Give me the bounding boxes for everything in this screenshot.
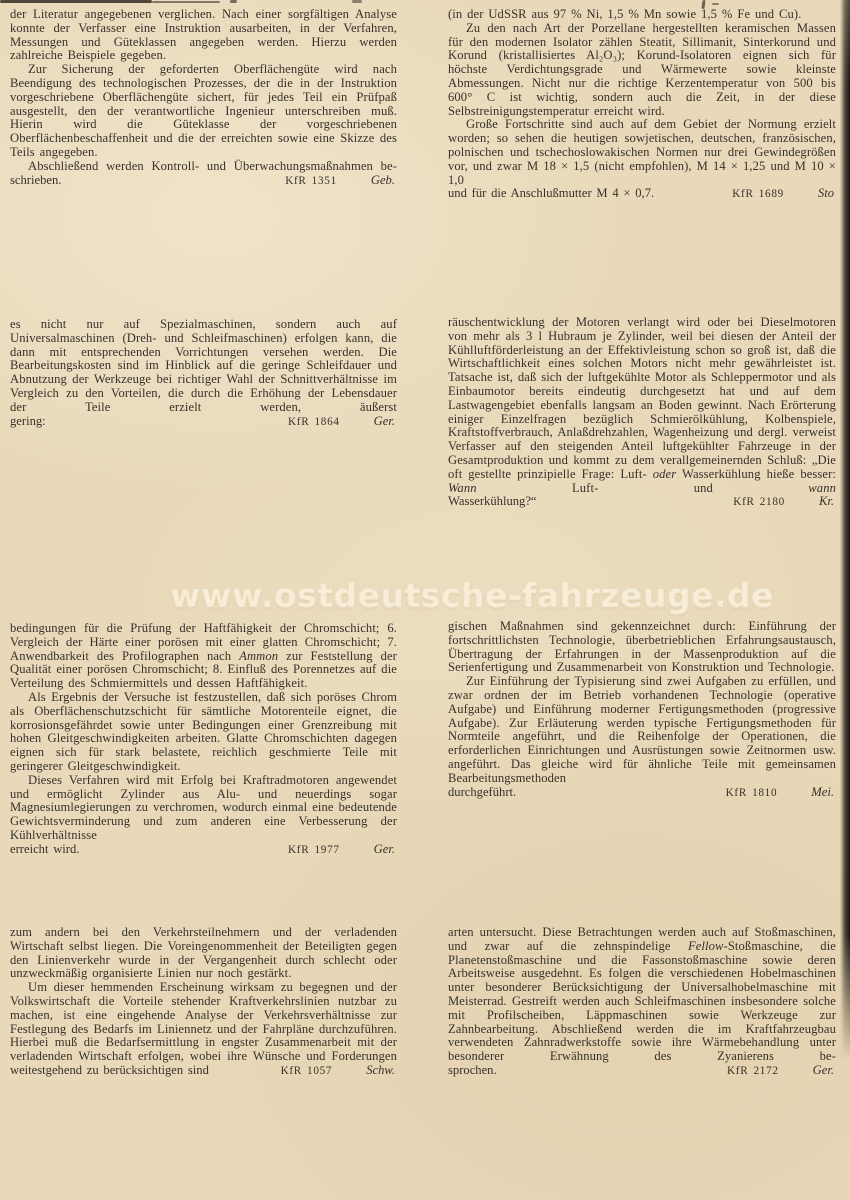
- paragraph: der Literatur angegebenen verglichen. Na…: [10, 8, 397, 63]
- abstract-block: der Literatur angegebenen verglichen. Na…: [10, 8, 397, 188]
- column-right: (in der UdSSR aus 97 % Ni, 1,5 % Mn sowi…: [448, 0, 836, 1200]
- paragraph: gischen Maßnahmen sind gekennzeichnet du…: [448, 620, 836, 675]
- abstract-block: (in der UdSSR aus 97 % Ni, 1,5 % Mn sowi…: [448, 8, 836, 202]
- paragraph: bedingungen für die Prüfung der Haftfähi…: [10, 622, 397, 691]
- reference-line: erreicht wird.KfR 1977Ger.: [10, 843, 397, 858]
- tail-text: sprochen.: [448, 1064, 497, 1078]
- referent-signature: Schw.: [366, 1064, 395, 1078]
- paragraph: Um dieser hemmenden Erscheinung wirksam …: [10, 981, 397, 1064]
- abstract-block: gischen Maßnahmen sind gekennzeichnet du…: [448, 620, 836, 800]
- paragraph: Dieses Verfahren wird mit Erfolg bei Kra…: [10, 774, 397, 843]
- reference-line: sprochen.KfR 2172Ger.: [448, 1064, 836, 1079]
- reference-line: und für die Anschlußmutter M 4 × 0,7.KfR…: [448, 187, 836, 202]
- paragraph: Große Fortschritte sind auch auf dem Geb…: [448, 118, 836, 187]
- referent-signature: Ger.: [374, 415, 395, 429]
- tail-text: erreicht wird.: [10, 843, 79, 857]
- kfr-number: KfR 1977: [288, 844, 340, 858]
- paragraph: zum andern bei den Verkehrsteilnehmern u…: [10, 926, 397, 981]
- referent-signature: Ger.: [374, 843, 395, 857]
- kfr-number: KfR 1057: [281, 1065, 333, 1079]
- paragraph: arten untersucht. Diese Betrachtungen we…: [448, 926, 836, 1064]
- paragraph: Zur Einführung der Typisierung sind zwei…: [448, 675, 836, 785]
- tail-text: Wasserkühlung?“: [448, 495, 537, 509]
- abstract-block: es nicht nur auf Spezialmaschinen, sonde…: [10, 318, 397, 429]
- referent-signature: Ger.: [813, 1064, 834, 1078]
- kfr-number: KfR 1351: [285, 175, 337, 189]
- scanned-journal-page: { "page": { "watermark": "www.ostdeutsch…: [0, 0, 850, 1200]
- tail-text: schrieben.: [10, 174, 61, 188]
- paragraph: Als Ergebnis der Versuche ist festzustel…: [10, 691, 397, 774]
- reference-line: gering:KfR 1864Ger.: [10, 415, 397, 430]
- kfr-number: KfR 1689: [732, 188, 784, 202]
- kfr-number: KfR 2172: [727, 1065, 779, 1079]
- tail-text: und für die Anschlußmutter M 4 × 0,7.: [448, 187, 654, 201]
- tail-text: gering:: [10, 415, 46, 429]
- tail-text: weitestgehend zu berücksichtigen sind: [10, 1064, 209, 1078]
- paragraph: Zur Sicherung der geforderten Oberfläche…: [10, 63, 397, 160]
- reference-line: weitestgehend zu berücksichtigen sindKfR…: [10, 1064, 397, 1079]
- kfr-number: KfR 1864: [288, 416, 340, 430]
- kfr-number: KfR 2180: [733, 496, 785, 510]
- referent-signature: Kr.: [819, 495, 834, 509]
- paragraph: es nicht nur auf Spezialmaschinen, sonde…: [10, 318, 397, 415]
- abstract-block: arten untersucht. Diese Betrachtungen we…: [448, 926, 836, 1079]
- reference-line: durchgeführt.KfR 1810Mei.: [448, 786, 836, 801]
- tail-text: durchgeführt.: [448, 786, 516, 800]
- abstract-block: zum andern bei den Verkehrsteilnehmern u…: [10, 926, 397, 1079]
- column-left: der Literatur angegebenen verglichen. Na…: [10, 0, 397, 1200]
- referent-signature: Sto: [818, 187, 834, 201]
- paragraph: Zu den nach Art der Porzellane hergestel…: [448, 22, 836, 119]
- referent-signature: Mei.: [811, 786, 834, 800]
- paragraph: (in der UdSSR aus 97 % Ni, 1,5 % Mn sowi…: [448, 8, 836, 22]
- reference-line: Wasserkühlung?“KfR 2180Kr.: [448, 495, 836, 510]
- abstract-block: bedingungen für die Prüfung der Haftfähi…: [10, 622, 397, 858]
- abstract-block: räuschentwicklung der Motoren verlangt w…: [448, 316, 836, 510]
- scan-shadow-right-edge: [840, 0, 850, 1060]
- reference-line: schrieben.KfR 1351Geb.: [10, 174, 397, 189]
- paragraph: räuschentwicklung der Motoren verlangt w…: [448, 316, 836, 495]
- referent-signature: Geb.: [371, 174, 395, 188]
- paragraph: Abschließend werden Kontroll- und Überwa…: [10, 160, 397, 174]
- kfr-number: KfR 1810: [726, 787, 778, 801]
